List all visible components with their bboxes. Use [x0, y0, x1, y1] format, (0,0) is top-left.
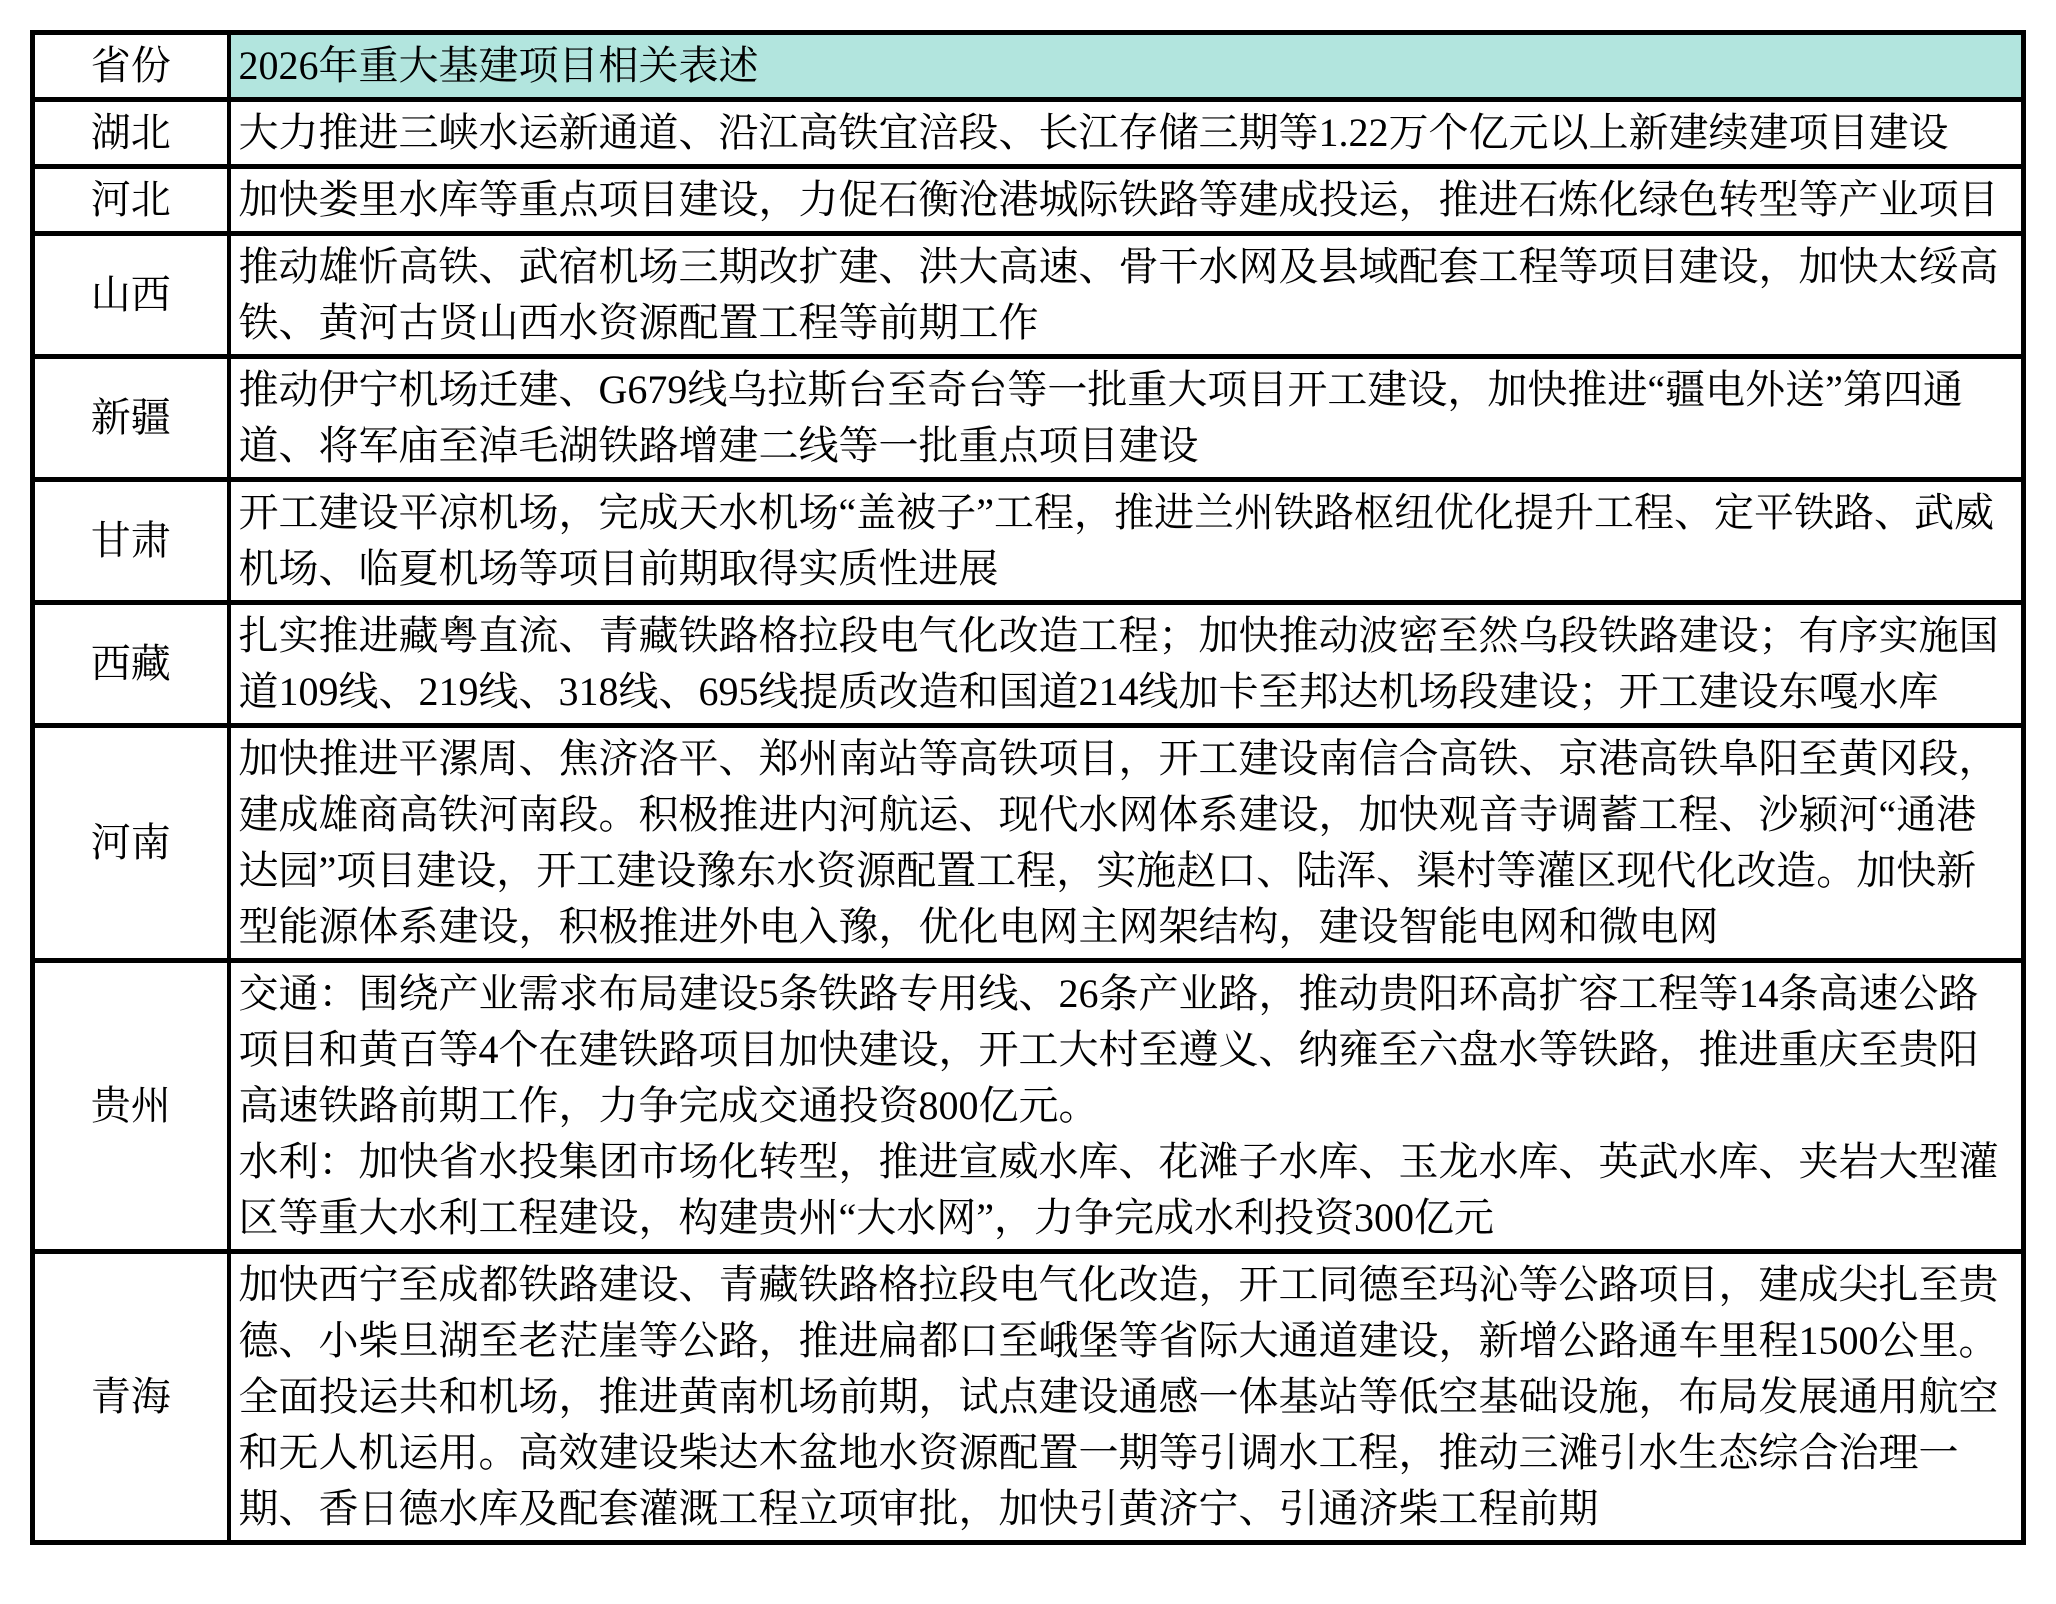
province-cell: 河北 [33, 167, 229, 234]
province-cell: 西藏 [33, 603, 229, 726]
description-paragraph: 加快西宁至成都铁路建设、青藏铁路格拉段电气化改造，开工同德至玛沁等公路项目，建成… [239, 1257, 2014, 1537]
description-cell: 推动伊宁机场迁建、G679线乌拉斯台至奇台等一批重大项目开工建设，加快推进“疆电… [229, 357, 2024, 480]
province-cell: 贵州 [33, 961, 229, 1252]
description-cell: 大力推进三峡水运新通道、沿江高铁宜涪段、长江存储三期等1.22万个亿元以上新建续… [229, 100, 2024, 167]
description-paragraph: 加快娄里水库等重点项目建设，力促石衡沧港城际铁路等建成投运，推进石炼化绿色转型等… [239, 172, 2014, 228]
province-cell: 甘肃 [33, 480, 229, 603]
table-row: 山西推动雄忻高铁、武宿机场三期改扩建、洪大高速、骨干水网及县域配套工程等项目建设… [33, 234, 2024, 357]
table-row: 河北加快娄里水库等重点项目建设，力促石衡沧港城际铁路等建成投运，推进石炼化绿色转… [33, 167, 2024, 234]
description-cell: 加快推进平漯周、焦济洛平、郑州南站等高铁项目，开工建设南信合高铁、京港高铁阜阳至… [229, 726, 2024, 961]
table-row: 青海加快西宁至成都铁路建设、青藏铁路格拉段电气化改造，开工同德至玛沁等公路项目，… [33, 1252, 2024, 1543]
province-cell: 山西 [33, 234, 229, 357]
table-row: 贵州交通：围绕产业需求布局建设5条铁路专用线、26条产业路，推动贵阳环高扩容工程… [33, 961, 2024, 1252]
province-cell: 青海 [33, 1252, 229, 1543]
header-cell-province: 省份 [33, 33, 229, 100]
description-cell: 交通：围绕产业需求布局建设5条铁路专用线、26条产业路，推动贵阳环高扩容工程等1… [229, 961, 2024, 1252]
province-cell: 新疆 [33, 357, 229, 480]
description-cell: 推动雄忻高铁、武宿机场三期改扩建、洪大高速、骨干水网及县域配套工程等项目建设，加… [229, 234, 2024, 357]
header-cell-description: 2026年重大基建项目相关表述 [229, 33, 2024, 100]
description-paragraph: 交通：围绕产业需求布局建设5条铁路专用线、26条产业路，推动贵阳环高扩容工程等1… [239, 966, 2014, 1134]
description-paragraph: 加快推进平漯周、焦济洛平、郑州南站等高铁项目，开工建设南信合高铁、京港高铁阜阳至… [239, 731, 2014, 955]
table-row: 甘肃开工建设平凉机场，完成天水机场“盖被子”工程，推进兰州铁路枢纽优化提升工程、… [33, 480, 2024, 603]
description-paragraph: 推动伊宁机场迁建、G679线乌拉斯台至奇台等一批重大项目开工建设，加快推进“疆电… [239, 362, 2014, 474]
description-cell: 加快西宁至成都铁路建设、青藏铁路格拉段电气化改造，开工同德至玛沁等公路项目，建成… [229, 1252, 2024, 1543]
table-row: 西藏扎实推进藏粤直流、青藏铁路格拉段电气化改造工程；加快推动波密至然乌段铁路建设… [33, 603, 2024, 726]
header-row: 省份 2026年重大基建项目相关表述 [33, 33, 2024, 100]
description-cell: 扎实推进藏粤直流、青藏铁路格拉段电气化改造工程；加快推动波密至然乌段铁路建设；有… [229, 603, 2024, 726]
table-row: 河南加快推进平漯周、焦济洛平、郑州南站等高铁项目，开工建设南信合高铁、京港高铁阜… [33, 726, 2024, 961]
table-row: 新疆推动伊宁机场迁建、G679线乌拉斯台至奇台等一批重大项目开工建设，加快推进“… [33, 357, 2024, 480]
province-cell: 河南 [33, 726, 229, 961]
description-paragraph: 水利：加快省水投集团市场化转型，推进宣威水库、花滩子水库、玉龙水库、英武水库、夹… [239, 1134, 2014, 1246]
table-body: 湖北大力推进三峡水运新通道、沿江高铁宜涪段、长江存储三期等1.22万个亿元以上新… [33, 100, 2024, 1543]
infrastructure-projects-table: 省份 2026年重大基建项目相关表述 湖北大力推进三峡水运新通道、沿江高铁宜涪段… [30, 30, 2026, 1545]
description-paragraph: 推动雄忻高铁、武宿机场三期改扩建、洪大高速、骨干水网及县域配套工程等项目建设，加… [239, 239, 2014, 351]
table-row: 湖北大力推进三峡水运新通道、沿江高铁宜涪段、长江存储三期等1.22万个亿元以上新… [33, 100, 2024, 167]
description-paragraph: 大力推进三峡水运新通道、沿江高铁宜涪段、长江存储三期等1.22万个亿元以上新建续… [239, 105, 2014, 161]
description-paragraph: 扎实推进藏粤直流、青藏铁路格拉段电气化改造工程；加快推动波密至然乌段铁路建设；有… [239, 608, 2014, 720]
description-cell: 加快娄里水库等重点项目建设，力促石衡沧港城际铁路等建成投运，推进石炼化绿色转型等… [229, 167, 2024, 234]
description-cell: 开工建设平凉机场，完成天水机场“盖被子”工程，推进兰州铁路枢纽优化提升工程、定平… [229, 480, 2024, 603]
description-paragraph: 开工建设平凉机场，完成天水机场“盖被子”工程，推进兰州铁路枢纽优化提升工程、定平… [239, 485, 2014, 597]
province-cell: 湖北 [33, 100, 229, 167]
